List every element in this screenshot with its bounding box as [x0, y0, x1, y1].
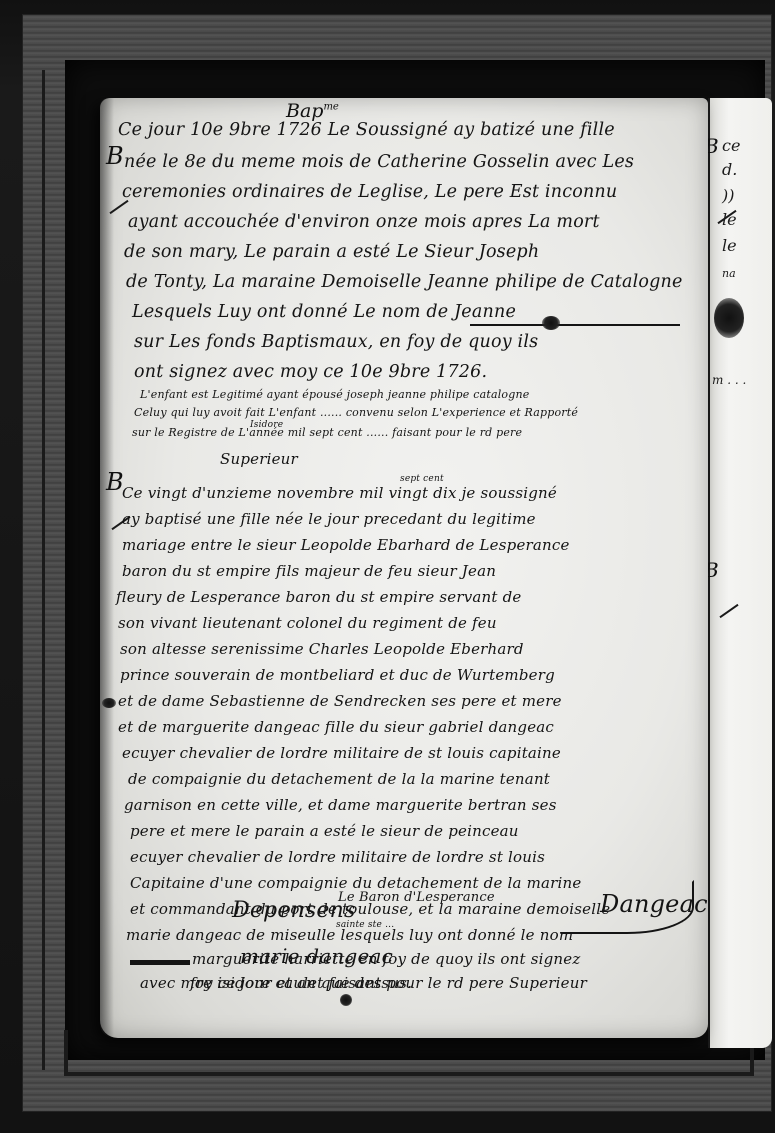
entry-heading: Bapme [286, 100, 339, 122]
margin-slash [719, 604, 738, 618]
entry2-line: son altesse serenissime Charles Leopolde… [120, 640, 524, 658]
entry1-addendum-line: Superieur [220, 450, 298, 468]
next-page-edge: ce d. )) le le na m . . . B B [708, 98, 772, 1048]
next-page-fragment: na [722, 262, 736, 286]
entry2-line: pere et mere le parain a esté le sieur d… [130, 822, 519, 840]
margin-b-mark: B [106, 468, 124, 496]
entry2-line: marie dangeac de miseulle lesquels luy o… [126, 926, 573, 944]
entry1-line: ayant accouchée d'environ onze mois apre… [128, 212, 600, 232]
heading-superscript: me [323, 102, 338, 113]
entry2-line: mariage entre le sieur Leopolde Ebarhard… [122, 536, 570, 554]
next-page-fragment: le [722, 234, 737, 258]
entry2-line: prince souverain de montbeliard et duc d… [120, 666, 555, 684]
entry2-line: et de dame Sebastienne de Sendrecken ses… [118, 692, 562, 710]
signature-marie-dangeac: marie dangeac [240, 944, 393, 968]
name-underline [470, 324, 680, 326]
entry1-addendum-line: L'enfant est Legitimé ayant épousé josep… [140, 388, 529, 401]
page-shadow [100, 98, 114, 1038]
ink-blot [542, 316, 560, 330]
entry1-line: sur Les fonds Baptismaux, en foy de quoy… [134, 332, 538, 352]
entry2-line: fleury de Lesperance baron du st empire … [116, 588, 522, 606]
signature-depensens: Depensens [232, 898, 356, 923]
next-page-fragment: ce [722, 134, 740, 158]
ink-blot [102, 698, 116, 708]
entry1-line: ont signez avec moy ce 10e 9bre 1726. [134, 362, 487, 382]
margin-b-mark: B [106, 142, 124, 170]
entry2-interlinear: sept cent [400, 474, 444, 484]
next-page-fragment: )) [722, 184, 734, 208]
entry2-line: et de marguerite dangeac fille du sieur … [118, 718, 554, 736]
entry2-line: ecuyer chevalier de lordre militaire de … [130, 848, 545, 866]
entry1-line: de Tonty, La maraine Demoiselle Jeanne p… [126, 272, 683, 292]
heading-text: Bap [286, 100, 323, 122]
entry1-line: de son mary, Le parain a esté Le Sieur J… [124, 242, 539, 262]
entry2-line: de compaignie du detachement de la la ma… [128, 770, 550, 788]
entry2-line: ecuyer chevalier de lordre militaire de … [122, 744, 561, 762]
closing-signature-line: fre isidore caulet faisant pour le rd pe… [190, 974, 587, 992]
entry1-line: Ce jour 10e 9bre 1726 Le Soussigné ay ba… [118, 120, 615, 140]
signature-flourish [560, 880, 694, 934]
entry2-line: Ce vingt d'unzieme novembre mil vingt di… [122, 484, 557, 502]
entry1-line: née le 8e du meme mois de Catherine Goss… [124, 152, 634, 172]
next-page-fragment: m . . . [712, 368, 746, 392]
entry2-line: garnison en cette ville, et dame marguer… [124, 796, 557, 814]
signature-baron-lesperance: Le Baron d'Lesperance [338, 890, 495, 905]
entry2-line: baron du st empire fils majeur de feu si… [122, 562, 496, 580]
ink-blot [714, 298, 744, 338]
entry1-addendum-line: Celuy qui luy avoit fait L'enfant ......… [134, 406, 578, 419]
entry1-line: ceremonies ordinaires de Leglise, Le per… [122, 182, 617, 202]
next-page-fragment: d. [722, 158, 737, 182]
entry1-line: Lesquels Luy ont donné Le nom de Jeanne [132, 302, 516, 322]
entry1-addendum-line: sur le Registre de L'année mil sept cent… [132, 426, 522, 439]
frame-edge [42, 70, 75, 1070]
entry2-line: ay baptisé une fille née le jour preceda… [122, 510, 536, 528]
ink-blot [340, 994, 352, 1006]
entry2-line: son vivant lieutenant colonel du regimen… [118, 614, 497, 632]
struck-word [130, 960, 190, 965]
